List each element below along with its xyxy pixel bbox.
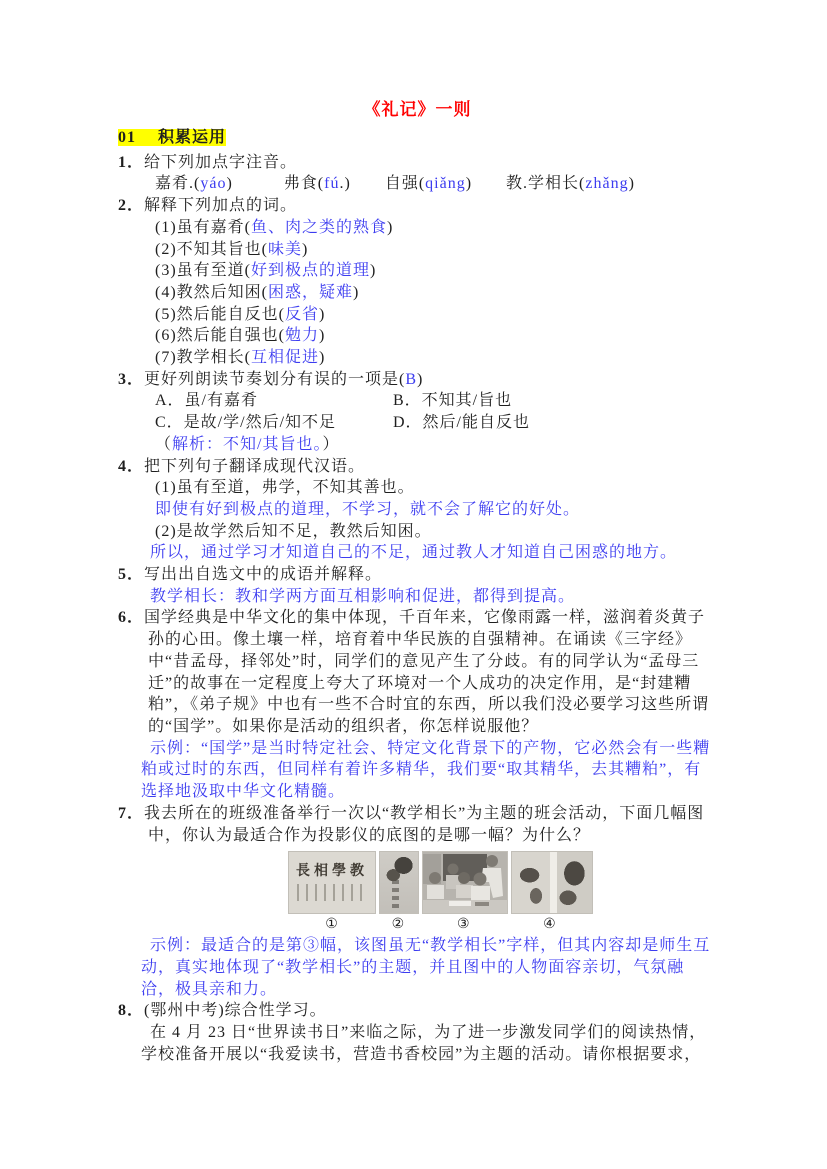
question-4-item-2: (2)是故学然后知不足，教然后知困。 <box>118 521 717 543</box>
question-1-answers: 嘉肴.(yáo) 弗食(fú.) 自强(qiǎng) 教.学相长(zhǎng) <box>118 173 717 195</box>
question-6-answer: 示例：“国学”是当时特定社会、特定文化背景下的产物，它必然会有一些糟粕或过时的东… <box>118 738 717 803</box>
question-7-answer: 示例：最适合的是第③幅，该图虽无“教学相长”字样，但其内容却是师生互动，真实地体… <box>118 935 717 1000</box>
question-2-item-2: (2)不知其旨也(味美) <box>118 239 717 261</box>
question-3: 3．更好列朗读节奏划分有误的一项是(B) <box>118 369 717 391</box>
photo-label-3: ③ <box>421 916 506 933</box>
question-2-item-5: (5)然后能自反也(反省) <box>118 304 717 326</box>
page-title: 《礼记》一则 <box>118 95 717 120</box>
figure-cell-2 <box>379 851 419 914</box>
question-2-item-1: (1)虽有嘉肴(鱼、肉之类的熟食) <box>118 217 717 239</box>
question-1: 1．给下列加点字注音。 <box>118 152 717 174</box>
question-2-item-7: (7)教学相长(互相促进) <box>118 347 717 369</box>
document-body-bottom: 示例：最适合的是第③幅，该图虽无“教学相长”字样，但其内容却是师生互动，真实地体… <box>118 935 717 1065</box>
question-4-answer-1: 即使有好到极点的道理，不学习，就不会了解它的好处。 <box>118 499 717 521</box>
figure-cell-4 <box>511 851 593 914</box>
photo-label-2: ② <box>378 916 418 933</box>
question-3-analysis: （解析：不知/其旨也。） <box>118 434 717 456</box>
photo-1-calligraphy: 長相學教 <box>288 851 376 914</box>
question-3-options-cd: C．是故/学/然后/知不足D．然后/能自反也 <box>118 412 717 434</box>
question-7: 7．我去所在的班级准备举行一次以“教学相长”为主题的班会活动，下面几幅图中，你认… <box>118 803 717 846</box>
question-2: 2．解释下列加点的词。 <box>118 195 717 217</box>
calligraphy-small-columns <box>297 884 367 901</box>
photo-4-ink-paintings <box>511 851 593 914</box>
question-4: 4．把下列句子翻译成现代汉语。 <box>118 456 717 478</box>
question-4-item-1: (1)虽有至道，弗学，不知其善也。 <box>118 477 717 499</box>
question-2-item-6: (6)然后能自强也(勉力) <box>118 325 717 347</box>
figure-cell-1: 長相學教 <box>288 851 376 914</box>
question-4-answer-2: 所以，通过学习才知道自己的不足，通过教人才知道自己困惑的地方。 <box>118 542 717 564</box>
question-3-options-ab: A．虽/有嘉肴B．不知其/旨也 <box>118 390 717 412</box>
photo-label-1: ① <box>288 916 375 933</box>
figure-labels: ① ② ③ ④ <box>288 916 590 933</box>
figure-photo-row: 長相學教 <box>288 851 590 914</box>
photo-label-4: ④ <box>509 916 590 933</box>
teacher-students-illustration <box>423 852 507 913</box>
figure-cell-3 <box>422 851 508 914</box>
calligraphy-text: 長相學教 <box>296 864 368 880</box>
photo-2-book-cover <box>379 851 419 914</box>
question-2-item-3: (3)虽有至道(好到极点的道理) <box>118 260 717 282</box>
question-6: 6．国学经典是中华文化的集中体现，千百年来，它像雨露一样，滋润着炎黄子孙的心田。… <box>118 607 717 737</box>
question-5-answer: 教学相长：教和学两方面互相影响和促进，都得到提高。 <box>118 586 717 608</box>
question-5: 5．写出出自选文中的成语并解释。 <box>118 564 717 586</box>
section-heading: 01 积累运用 <box>118 127 717 149</box>
question-8: 8．(鄂州中考)综合性学习。 <box>118 1000 717 1022</box>
document-body-top: 01 积累运用1．给下列加点字注音。嘉肴.(yáo) 弗食(fú.) 自强(qi… <box>118 127 717 846</box>
question7-figure: 長相學教 <box>288 851 590 933</box>
question-2-item-4: (4)教然后知困(困惑，疑难) <box>118 282 717 304</box>
document-page: 《礼记》一则 01 积累运用1．给下列加点字注音。嘉肴.(yáo) 弗食(fú.… <box>0 0 827 1169</box>
photo-3-teacher-students <box>422 851 508 914</box>
question-8-intro: 在 4 月 23 日“世界读书日”来临之际，为了进一步激发同学们的阅读热情，学校… <box>118 1022 717 1065</box>
